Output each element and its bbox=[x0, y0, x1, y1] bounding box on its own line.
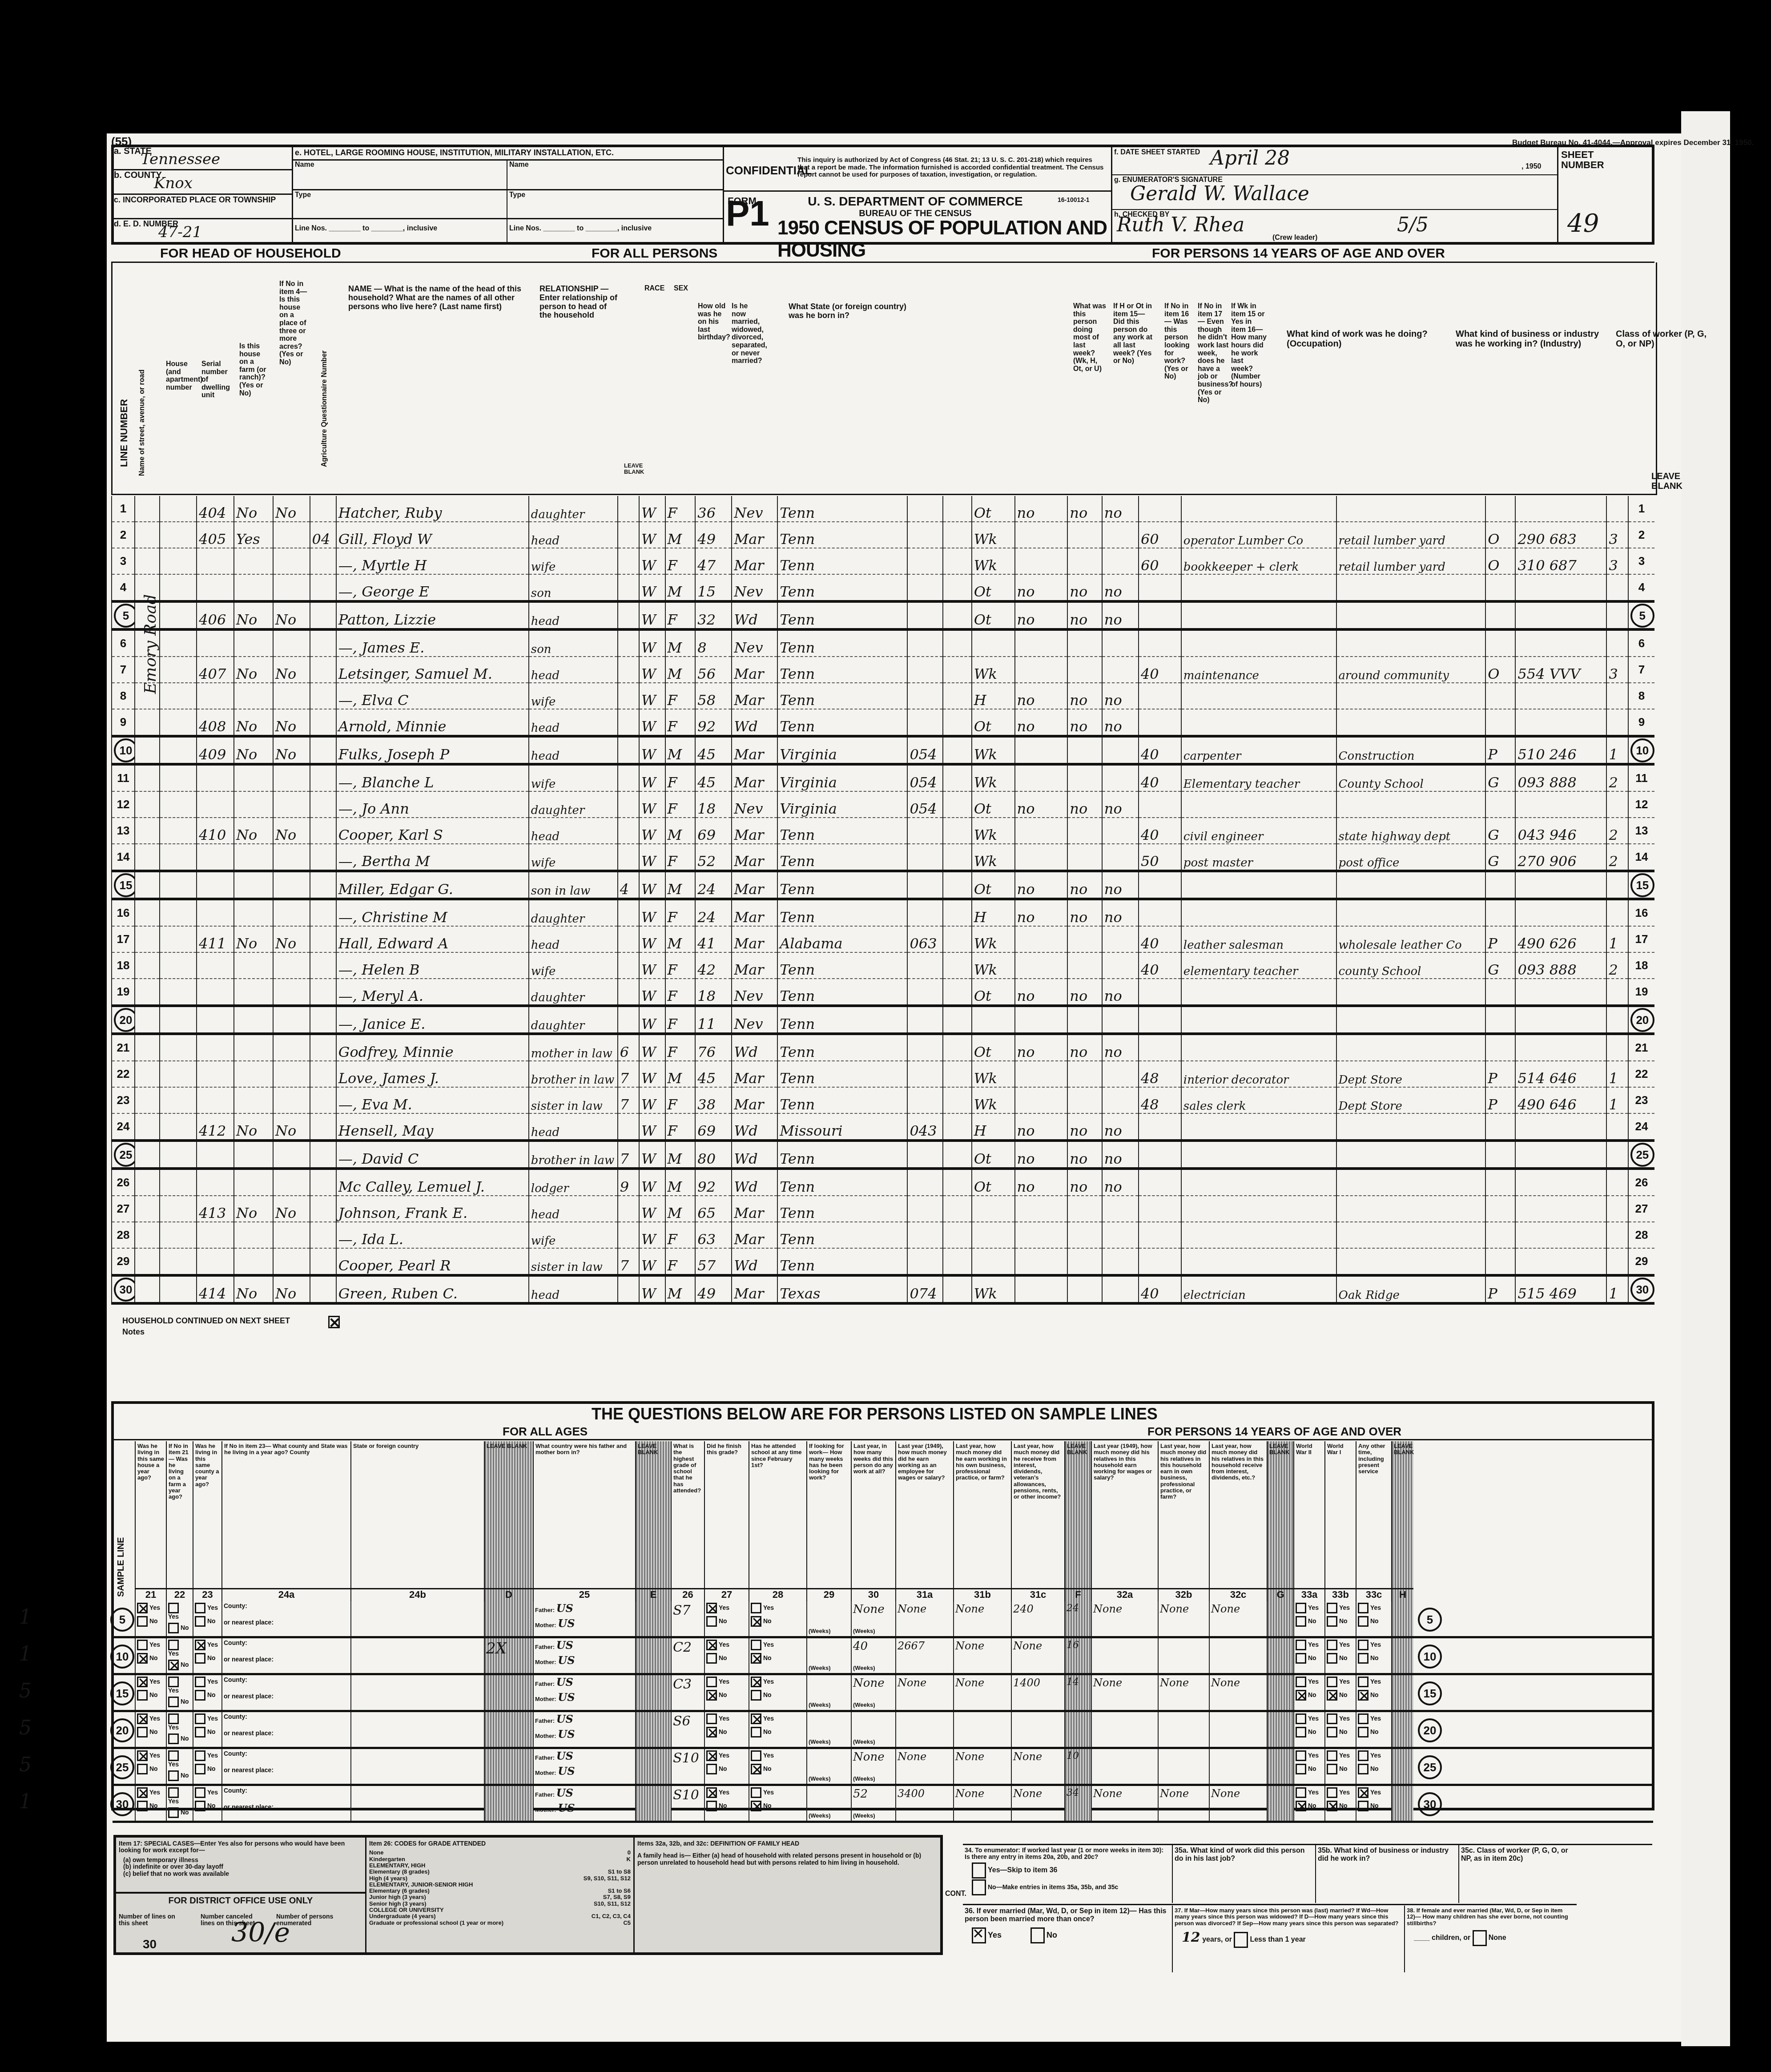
sample-margin-mark: 1 bbox=[19, 1606, 32, 1629]
serial-cell: 411 bbox=[197, 926, 234, 952]
q22-no-checkbox[interactable] bbox=[168, 1623, 179, 1633]
house-cell bbox=[160, 629, 197, 657]
acres-cell: No bbox=[273, 1275, 310, 1303]
race-cell: W bbox=[639, 683, 665, 709]
q33b-no-checkbox[interactable] bbox=[1327, 1727, 1337, 1737]
agri-cell bbox=[310, 629, 336, 657]
q30-cell[interactable]: None(Weeks) bbox=[851, 1601, 895, 1636]
sex-cell: M bbox=[665, 1061, 696, 1087]
q21-no-checkbox[interactable] bbox=[137, 1616, 148, 1627]
race-cell: W bbox=[639, 1248, 665, 1275]
q23-no-checkbox[interactable] bbox=[195, 1727, 205, 1737]
q23-yes-checkbox[interactable] bbox=[195, 1713, 205, 1724]
naturalized-cell bbox=[943, 1113, 972, 1141]
q33c-yes-checkbox[interactable] bbox=[1358, 1640, 1368, 1650]
q24b-cell[interactable] bbox=[350, 1712, 484, 1747]
q33c-cell: YesNo bbox=[1356, 1712, 1391, 1747]
q33a-no-checkbox[interactable] bbox=[1296, 1727, 1306, 1737]
q28-cell: YesNo bbox=[749, 1712, 806, 1747]
q21-no-checkbox[interactable] bbox=[137, 1727, 148, 1737]
q33b-yes-checkbox[interactable] bbox=[1327, 1603, 1337, 1613]
leave-blank-h-cell bbox=[1391, 1675, 1413, 1710]
q27-yes-checkbox[interactable] bbox=[706, 1640, 717, 1650]
col-9-header: RACE bbox=[644, 285, 664, 293]
q32b-cell[interactable] bbox=[1158, 1749, 1209, 1784]
code-c-cell bbox=[1606, 1034, 1628, 1061]
q25-cell: Father: USMother: US bbox=[533, 1638, 635, 1673]
q33a-no-checkbox[interactable] bbox=[1296, 1653, 1306, 1664]
job-cell: no bbox=[1102, 871, 1139, 899]
q32b-cell[interactable]: None bbox=[1158, 1601, 1209, 1636]
q31c-cell[interactable] bbox=[1011, 1712, 1064, 1747]
q28-no-checkbox[interactable] bbox=[751, 1764, 761, 1774]
grade-code-value: S7, S8, S9 bbox=[603, 1894, 631, 1900]
serial-cell: 412 bbox=[197, 1113, 234, 1141]
marital-cell: Nev bbox=[732, 791, 777, 818]
q31b-cell[interactable]: None bbox=[953, 1675, 1011, 1710]
q30-cell[interactable]: (Weeks) bbox=[851, 1712, 895, 1747]
q24b-cell[interactable] bbox=[350, 1601, 484, 1636]
q23-yes-checkbox[interactable] bbox=[195, 1787, 205, 1798]
job-cell: no bbox=[1102, 979, 1139, 1006]
q33a-yes-checkbox[interactable] bbox=[1296, 1677, 1306, 1687]
q31c-cell[interactable]: None bbox=[1011, 1638, 1064, 1673]
section-persons-14: FOR PERSONS 14 YEARS OF AGE AND OVER bbox=[1152, 246, 1445, 261]
q27-no-checkbox[interactable] bbox=[706, 1801, 717, 1811]
street-cell bbox=[135, 1034, 160, 1061]
q31c-cell[interactable]: None bbox=[1011, 1749, 1064, 1784]
q22-yes-checkbox[interactable] bbox=[168, 1750, 179, 1761]
q33c-no-checkbox[interactable] bbox=[1358, 1616, 1368, 1627]
occupation-cell bbox=[1181, 1141, 1336, 1169]
q21-yes-checkbox[interactable] bbox=[137, 1787, 148, 1798]
acres-cell bbox=[273, 574, 310, 601]
q31b-cell[interactable]: None bbox=[953, 1601, 1011, 1636]
sample-line-marker: 20 bbox=[110, 1718, 134, 1742]
sample-margin-mark: 1 bbox=[19, 1790, 32, 1813]
q23-yes-checkbox[interactable] bbox=[195, 1603, 205, 1613]
q31a-cell[interactable]: None bbox=[895, 1749, 953, 1784]
q36-yes-checkbox[interactable] bbox=[972, 1927, 986, 1943]
activity-cell: Ot bbox=[972, 709, 1015, 736]
activity-cell: Wk bbox=[972, 952, 1015, 979]
q24a-cell[interactable]: County:or nearest place: bbox=[221, 1786, 350, 1821]
q31a-cell[interactable]: 3400 bbox=[895, 1786, 953, 1821]
q28-no-checkbox[interactable] bbox=[751, 1653, 761, 1664]
father-label: Father: bbox=[535, 1644, 555, 1650]
q21-yes-checkbox[interactable] bbox=[137, 1750, 148, 1761]
code-c-cell bbox=[1606, 601, 1628, 629]
q22-yes-checkbox[interactable] bbox=[168, 1713, 179, 1724]
job-cell: no bbox=[1102, 791, 1139, 818]
race-cell: W bbox=[639, 1087, 665, 1113]
q33b-no-checkbox[interactable] bbox=[1327, 1801, 1337, 1811]
b-cell bbox=[907, 1087, 942, 1113]
q28-yes-checkbox[interactable] bbox=[751, 1787, 761, 1798]
q33a-yes-checkbox[interactable] bbox=[1296, 1713, 1306, 1724]
section-head-household: FOR HEAD OF HOUSEHOLD bbox=[160, 246, 341, 261]
q33c-no-checkbox[interactable] bbox=[1358, 1653, 1368, 1664]
q24a-cell[interactable]: County:or nearest place: bbox=[221, 1675, 350, 1710]
code-c-cell: 3 bbox=[1606, 548, 1628, 574]
code-c-cell bbox=[1606, 899, 1628, 926]
col-16-header: If H or Ot in item 15— Did this person d… bbox=[1113, 302, 1158, 365]
q32a-cell[interactable]: None bbox=[1091, 1601, 1158, 1636]
q29-cell[interactable]: (Weeks) bbox=[806, 1601, 851, 1636]
industry-cell: county School bbox=[1336, 952, 1486, 979]
sex-cell: F bbox=[665, 764, 696, 791]
q21-yes-checkbox[interactable] bbox=[137, 1677, 148, 1687]
q33a-no-checkbox[interactable] bbox=[1296, 1764, 1306, 1774]
q33a-no-checkbox[interactable] bbox=[1296, 1690, 1306, 1701]
q34-yes-label: Yes—Skip to item 36 bbox=[988, 1866, 1058, 1874]
a-cell bbox=[618, 979, 639, 1006]
q30-cell[interactable]: None(Weeks) bbox=[851, 1749, 895, 1784]
q28-yes-checkbox[interactable] bbox=[751, 1677, 761, 1687]
q32c-cell[interactable]: None bbox=[1209, 1675, 1267, 1710]
q38-none-label: None bbox=[1489, 1934, 1506, 1942]
q21-yes-checkbox[interactable] bbox=[137, 1713, 148, 1724]
q38-none-checkbox[interactable] bbox=[1473, 1930, 1487, 1946]
age-cell: 49 bbox=[695, 1275, 732, 1303]
name-cell: —, Ida L. bbox=[336, 1222, 529, 1248]
street-cell bbox=[135, 1141, 160, 1169]
q22-yes-checkbox[interactable] bbox=[168, 1787, 179, 1798]
codes-cell: 554 VVV bbox=[1515, 657, 1606, 683]
q23-no-checkbox[interactable] bbox=[195, 1764, 205, 1774]
q33c-yes-checkbox[interactable] bbox=[1358, 1603, 1368, 1613]
q24b-cell[interactable] bbox=[350, 1675, 484, 1710]
q32a-cell[interactable] bbox=[1091, 1638, 1158, 1673]
job-cell: no bbox=[1102, 1169, 1139, 1196]
agri-cell: 04 bbox=[310, 522, 336, 548]
q32c-cell[interactable] bbox=[1209, 1712, 1267, 1747]
q31c-cell[interactable]: 1400 bbox=[1011, 1675, 1064, 1710]
line-number: 12 bbox=[112, 791, 135, 818]
marital-cell: Wd bbox=[732, 709, 777, 736]
q21-no-checkbox[interactable] bbox=[137, 1690, 148, 1701]
q33a-yes-checkbox[interactable] bbox=[1296, 1603, 1306, 1613]
q33b-yes-checkbox[interactable] bbox=[1327, 1640, 1337, 1650]
line-number-right: 2 bbox=[1628, 522, 1654, 548]
activity-cell: H bbox=[972, 1113, 1015, 1141]
q27-cell: YesNo bbox=[704, 1712, 749, 1747]
q28-no-checkbox[interactable] bbox=[751, 1690, 761, 1701]
name-cell: —, Janice E. bbox=[336, 1006, 529, 1034]
q32b-cell[interactable] bbox=[1158, 1638, 1209, 1673]
q31c-cell[interactable]: None bbox=[1011, 1786, 1064, 1821]
marital-cell: Mar bbox=[732, 1061, 777, 1087]
birthplace-cell: Tenn bbox=[777, 629, 907, 657]
relationship-cell: wife bbox=[529, 764, 618, 791]
class-cell bbox=[1485, 899, 1515, 926]
q37-less-checkbox[interactable] bbox=[1234, 1932, 1248, 1948]
q33b-yes-checkbox[interactable] bbox=[1327, 1713, 1337, 1724]
activity-cell: Ot bbox=[972, 871, 1015, 899]
codes-cell: 270 906 bbox=[1515, 844, 1606, 871]
q31c-cell[interactable]: 240 bbox=[1011, 1601, 1064, 1636]
q24a-cell[interactable]: County:or nearest place: bbox=[221, 1749, 350, 1784]
q23-no-checkbox[interactable] bbox=[195, 1616, 205, 1627]
q22-no-checkbox[interactable] bbox=[168, 1697, 179, 1707]
q32a-cell[interactable]: None bbox=[1091, 1786, 1158, 1821]
q32a-cell[interactable] bbox=[1091, 1712, 1158, 1747]
q28-cell: YesNo bbox=[749, 1675, 806, 1710]
q30-cell[interactable]: 52(Weeks) bbox=[851, 1786, 895, 1821]
street-cell bbox=[135, 791, 160, 818]
sex-cell: F bbox=[665, 683, 696, 709]
q27-no-checkbox[interactable] bbox=[706, 1653, 717, 1664]
house-cell bbox=[160, 871, 197, 899]
marital-cell: Mar bbox=[732, 657, 777, 683]
sample-margin-mark: 1 bbox=[19, 1643, 32, 1665]
q31b-cell[interactable]: None bbox=[953, 1749, 1011, 1784]
q33b-no-checkbox[interactable] bbox=[1327, 1690, 1337, 1701]
q21-no-checkbox[interactable] bbox=[137, 1801, 148, 1811]
q29-cell[interactable]: (Weeks) bbox=[806, 1786, 851, 1821]
q23-no-checkbox[interactable] bbox=[195, 1690, 205, 1701]
q27-no-checkbox[interactable] bbox=[706, 1616, 717, 1627]
q31a-cell[interactable]: 2667 bbox=[895, 1638, 953, 1673]
sample-line-marker: 20 bbox=[1630, 1008, 1654, 1032]
q22-no-checkbox[interactable] bbox=[168, 1770, 179, 1781]
q24a-cell[interactable]: County:or nearest place: bbox=[221, 1638, 350, 1673]
q21-no-checkbox[interactable] bbox=[137, 1653, 148, 1664]
hours-cell bbox=[1139, 899, 1181, 926]
house-cell bbox=[160, 496, 197, 522]
codes-cell: 093 888 bbox=[1515, 764, 1606, 791]
household-continued-checkbox[interactable] bbox=[328, 1316, 340, 1328]
q27-yes-checkbox[interactable] bbox=[706, 1787, 717, 1798]
acres-cell: No bbox=[273, 601, 310, 629]
q28-no-checkbox[interactable] bbox=[751, 1616, 761, 1627]
agri-cell bbox=[310, 1006, 336, 1034]
leave-blank-e-cell bbox=[635, 1786, 671, 1821]
q32c-cell[interactable]: None bbox=[1209, 1601, 1267, 1636]
inst-lines-1: Line Nos. ________ to ________, inclusiv… bbox=[295, 225, 437, 233]
q31a-cell[interactable] bbox=[895, 1712, 953, 1747]
q31b-cell[interactable]: None bbox=[953, 1638, 1011, 1673]
q33b-yes-checkbox[interactable] bbox=[1327, 1677, 1337, 1687]
grade-code-value: S10, S11, S12 bbox=[594, 1901, 631, 1907]
street-cell bbox=[135, 496, 160, 522]
q33c-yes-checkbox[interactable] bbox=[1358, 1713, 1368, 1724]
activity-cell: Ot bbox=[972, 791, 1015, 818]
sex-cell: M bbox=[665, 1196, 696, 1222]
code-c-cell: 3 bbox=[1606, 522, 1628, 548]
q33c-yes-checkbox[interactable] bbox=[1358, 1750, 1368, 1761]
name-cell: Arnold, Minnie bbox=[336, 709, 529, 736]
person-row: 24412NoNoHensell, MayheadWF69WdMissouri0… bbox=[112, 1113, 1654, 1141]
q31b-cell[interactable]: None bbox=[953, 1786, 1011, 1821]
q27-yes-checkbox[interactable] bbox=[706, 1750, 717, 1761]
q23-yes-checkbox[interactable] bbox=[195, 1640, 205, 1650]
a-cell bbox=[618, 952, 639, 979]
q23-no-checkbox[interactable] bbox=[195, 1653, 205, 1664]
grade-value: S6 bbox=[673, 1713, 691, 1729]
q23-no-checkbox[interactable] bbox=[195, 1801, 205, 1811]
q32c-cell[interactable] bbox=[1209, 1638, 1267, 1673]
q31a-cell[interactable]: None bbox=[895, 1601, 953, 1636]
job-cell: no bbox=[1102, 709, 1139, 736]
q30-cell[interactable]: None(Weeks) bbox=[851, 1675, 895, 1710]
income-32a-value: None bbox=[1093, 1603, 1122, 1615]
q29-cell[interactable]: (Weeks) bbox=[806, 1638, 851, 1673]
q27-no-checkbox[interactable] bbox=[706, 1690, 717, 1701]
q29-cell[interactable]: (Weeks) bbox=[806, 1749, 851, 1784]
q32c-cell[interactable]: None bbox=[1209, 1786, 1267, 1821]
county-label: County: bbox=[224, 1750, 349, 1757]
income-32c-value: None bbox=[1211, 1677, 1240, 1689]
sample-col-label: Was he living in this same house a year … bbox=[136, 1441, 166, 1483]
acres-cell bbox=[273, 1034, 310, 1061]
street-cell bbox=[135, 844, 160, 871]
q29-cell[interactable]: (Weeks) bbox=[806, 1675, 851, 1710]
person-row: 27413NoNoJohnson, Frank E.headWM65MarTen… bbox=[112, 1196, 1654, 1222]
q22-yes-checkbox[interactable] bbox=[168, 1640, 179, 1650]
b-cell bbox=[907, 1196, 942, 1222]
q33b-yes-checkbox[interactable] bbox=[1327, 1787, 1337, 1798]
q36-no-label: No bbox=[1046, 1931, 1057, 1939]
acres-cell: No bbox=[273, 736, 310, 764]
grade-code-value: 0 bbox=[628, 1850, 631, 1856]
q24a-cell[interactable]: County:or nearest place: bbox=[221, 1712, 350, 1747]
q32a-cell[interactable]: None bbox=[1091, 1675, 1158, 1710]
q22-yes-checkbox[interactable] bbox=[168, 1677, 179, 1687]
q28-yes-checkbox[interactable] bbox=[751, 1713, 761, 1724]
q28-yes-checkbox[interactable] bbox=[751, 1640, 761, 1650]
q34-no-checkbox[interactable] bbox=[972, 1879, 986, 1895]
col-15-header: What was this person doing most of last … bbox=[1073, 302, 1109, 373]
looking-cell: no bbox=[1067, 709, 1102, 736]
q34-yes-checkbox[interactable] bbox=[972, 1862, 986, 1879]
line-number-right: 8 bbox=[1628, 683, 1654, 709]
q33b-yes-checkbox[interactable] bbox=[1327, 1750, 1337, 1761]
q27-yes-checkbox[interactable] bbox=[706, 1713, 717, 1724]
q24b-cell[interactable] bbox=[350, 1749, 484, 1784]
house-cell bbox=[160, 1275, 197, 1303]
q24b-cell[interactable] bbox=[350, 1786, 484, 1821]
q33c-no-checkbox[interactable] bbox=[1358, 1690, 1368, 1701]
q33a-no-checkbox[interactable] bbox=[1296, 1616, 1306, 1627]
q32b-cell[interactable]: None bbox=[1158, 1786, 1209, 1821]
a-cell: 7 bbox=[618, 1061, 639, 1087]
q30-cell[interactable]: 40(Weeks) bbox=[851, 1638, 895, 1673]
q28-yes-checkbox[interactable] bbox=[751, 1603, 761, 1613]
grade-code-label: ELEMENTARY, JUNIOR-SENIOR HIGH bbox=[369, 1882, 473, 1888]
farm-cell: No bbox=[234, 1275, 273, 1303]
q33c-no-checkbox[interactable] bbox=[1358, 1727, 1368, 1737]
work-cell bbox=[1015, 818, 1068, 844]
q28-yes-checkbox[interactable] bbox=[751, 1750, 761, 1761]
q33a-no-checkbox[interactable] bbox=[1296, 1801, 1306, 1811]
q29-cell[interactable]: (Weeks) bbox=[806, 1712, 851, 1747]
industry-cell bbox=[1336, 496, 1486, 522]
q22-no-checkbox[interactable] bbox=[168, 1733, 179, 1744]
q33b-no-checkbox[interactable] bbox=[1327, 1653, 1337, 1664]
line-number-right: 12 bbox=[1628, 791, 1654, 818]
relationship-cell: wife bbox=[529, 548, 618, 574]
q28-no-checkbox[interactable] bbox=[751, 1801, 761, 1811]
q27-no-checkbox[interactable] bbox=[706, 1764, 717, 1774]
q32b-cell[interactable] bbox=[1158, 1712, 1209, 1747]
sample-col-number: 33a bbox=[1294, 1588, 1324, 1600]
occupation-cell bbox=[1181, 683, 1336, 709]
q27-no-checkbox[interactable] bbox=[706, 1727, 717, 1737]
grade-code-row: Graduate or professional school (1 year … bbox=[369, 1920, 631, 1926]
sample-col-number: F bbox=[1065, 1588, 1091, 1600]
q32a-cell[interactable] bbox=[1091, 1749, 1158, 1784]
age-cell: 92 bbox=[695, 709, 732, 736]
q33c-no-checkbox[interactable] bbox=[1358, 1801, 1368, 1811]
q32b-cell[interactable]: None bbox=[1158, 1675, 1209, 1710]
q21-yes-checkbox[interactable] bbox=[137, 1603, 148, 1613]
q34-no-label: No—Make entries in items 35a, 35b, and 3… bbox=[988, 1883, 1118, 1890]
q22-no-checkbox[interactable] bbox=[168, 1660, 179, 1670]
q32c-cell[interactable] bbox=[1209, 1749, 1267, 1784]
farm-cell bbox=[234, 952, 273, 979]
q21-no-checkbox[interactable] bbox=[137, 1764, 148, 1774]
q33b-no-checkbox[interactable] bbox=[1327, 1616, 1337, 1627]
q24b-cell[interactable] bbox=[350, 1638, 484, 1673]
q23-yes-checkbox[interactable] bbox=[195, 1750, 205, 1761]
sheet-number-block: SHEET NUMBER 49 bbox=[1558, 147, 1652, 242]
q27-yes-checkbox[interactable] bbox=[706, 1677, 717, 1687]
street-cell bbox=[135, 1006, 160, 1034]
age-cell: 69 bbox=[695, 1113, 732, 1141]
code-c-cell bbox=[1606, 1006, 1628, 1034]
for-all-ages-label: FOR ALL AGES bbox=[503, 1426, 588, 1438]
serial-cell bbox=[197, 844, 234, 871]
line-number: 3 bbox=[112, 548, 135, 574]
q33a-yes-checkbox[interactable] bbox=[1296, 1787, 1306, 1798]
sample-col-number: 29 bbox=[807, 1588, 851, 1600]
q33a-yes-checkbox[interactable] bbox=[1296, 1750, 1306, 1761]
agri-cell bbox=[310, 899, 336, 926]
a-cell bbox=[618, 574, 639, 601]
dept-label: U. S. DEPARTMENT OF COMMERCE bbox=[804, 195, 1026, 208]
q24a-cell[interactable]: County:or nearest place: bbox=[221, 1601, 350, 1636]
sample-col-number: 30 bbox=[852, 1588, 895, 1600]
q33c-no-checkbox[interactable] bbox=[1358, 1764, 1368, 1774]
leave-blank-f-value: 16 bbox=[1067, 1640, 1079, 1651]
q22-yes-checkbox[interactable] bbox=[168, 1603, 179, 1613]
q31a-cell[interactable]: None bbox=[895, 1675, 953, 1710]
house-cell bbox=[160, 1169, 197, 1196]
q33b-no-checkbox[interactable] bbox=[1327, 1764, 1337, 1774]
q21-yes-checkbox[interactable] bbox=[137, 1640, 148, 1650]
q33c-yes-checkbox[interactable] bbox=[1358, 1677, 1368, 1687]
q23-yes-checkbox[interactable] bbox=[195, 1677, 205, 1687]
q28-no-checkbox[interactable] bbox=[751, 1727, 761, 1737]
q33a-yes-checkbox[interactable] bbox=[1296, 1640, 1306, 1650]
serial-cell: 413 bbox=[197, 1196, 234, 1222]
street-cell bbox=[135, 818, 160, 844]
class-cell bbox=[1485, 709, 1515, 736]
person-row: 7407NoNoLetsinger, Samuel M.headWM56MarT… bbox=[112, 657, 1654, 683]
code-c-cell bbox=[1606, 1141, 1628, 1169]
q22-no-checkbox[interactable] bbox=[168, 1807, 179, 1818]
q33c-yes-checkbox[interactable] bbox=[1358, 1787, 1368, 1798]
line-number: 27 bbox=[112, 1196, 135, 1222]
b-cell: 043 bbox=[907, 1113, 942, 1141]
leave-blank-h-cell bbox=[1391, 1749, 1413, 1784]
job-cell bbox=[1102, 1222, 1139, 1248]
agri-cell bbox=[310, 1169, 336, 1196]
q27-yes-checkbox[interactable] bbox=[706, 1603, 717, 1613]
q31b-cell[interactable] bbox=[953, 1712, 1011, 1747]
q36-no-checkbox[interactable] bbox=[1030, 1927, 1045, 1943]
